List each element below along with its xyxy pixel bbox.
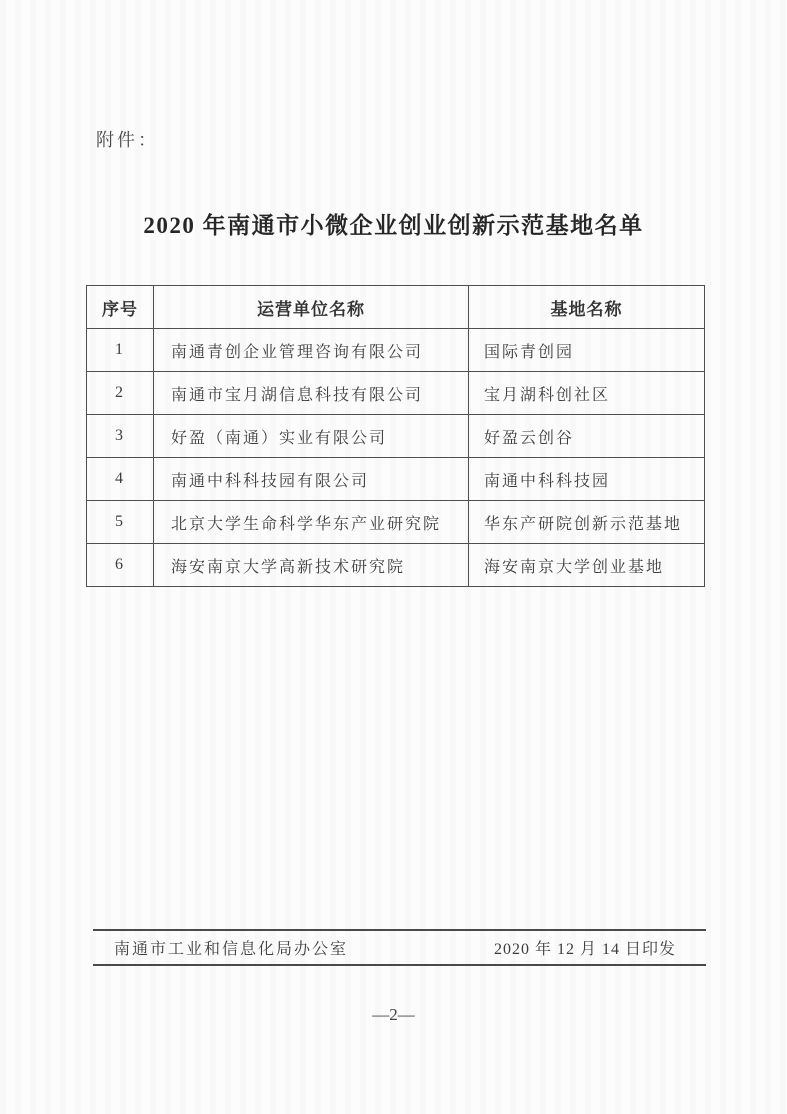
header-cell-base: 基地名称 [469,286,705,329]
cell-base-name: 海安南京大学创业基地 [469,544,705,587]
document-page: 附件： 2020 年南通市小微企业创业创新示范基地名单 序号 运营单位名称 基地… [0,0,787,1114]
cell-number: 3 [87,415,154,458]
header-cell-number: 序号 [87,286,154,329]
cell-base-name: 国际青创园 [469,329,705,372]
cell-number: 2 [87,372,154,415]
table-row: 6 海安南京大学高新技术研究院 海安南京大学创业基地 [87,544,705,587]
table-row: 2 南通市宝月湖信息科技有限公司 宝月湖科创社区 [87,372,705,415]
cell-base-name: 宝月湖科创社区 [469,372,705,415]
cell-base-name: 好盈云创谷 [469,415,705,458]
table-row: 3 好盈（南通）实业有限公司 好盈云创谷 [87,415,705,458]
cell-number: 4 [87,458,154,501]
cell-number: 6 [87,544,154,587]
print-date: 2020 年 12 月 14 日印发 [494,936,676,959]
table-row: 4 南通中科科技园有限公司 南通中科科技园 [87,458,705,501]
table-header-row: 序号 运营单位名称 基地名称 [87,286,705,329]
base-list-table: 序号 运营单位名称 基地名称 1 南通青创企业管理咨询有限公司 国际青创园 2 … [86,285,705,587]
cell-number: 5 [87,501,154,544]
page-number: —2— [0,1005,787,1025]
cell-number: 1 [87,329,154,372]
cell-base-name: 南通中科科技园 [469,458,705,501]
cell-operator-name: 南通中科科技园有限公司 [154,458,469,501]
document-footer-rule: 南通市工业和信息化局办公室 2020 年 12 月 14 日印发 [93,929,706,966]
cell-base-name: 华东产研院创新示范基地 [469,501,705,544]
header-cell-operator: 运营单位名称 [154,286,469,329]
attachment-label: 附件： [96,126,159,152]
table-row: 1 南通青创企业管理咨询有限公司 国际青创园 [87,329,705,372]
cell-operator-name: 好盈（南通）实业有限公司 [154,415,469,458]
cell-operator-name: 北京大学生命科学华东产业研究院 [154,501,469,544]
table-row: 5 北京大学生命科学华东产业研究院 华东产研院创新示范基地 [87,501,705,544]
cell-operator-name: 海安南京大学高新技术研究院 [154,544,469,587]
issuing-office: 南通市工业和信息化局办公室 [114,936,348,959]
cell-operator-name: 南通青创企业管理咨询有限公司 [154,329,469,372]
document-title: 2020 年南通市小微企业创业创新示范基地名单 [0,207,787,240]
cell-operator-name: 南通市宝月湖信息科技有限公司 [154,372,469,415]
